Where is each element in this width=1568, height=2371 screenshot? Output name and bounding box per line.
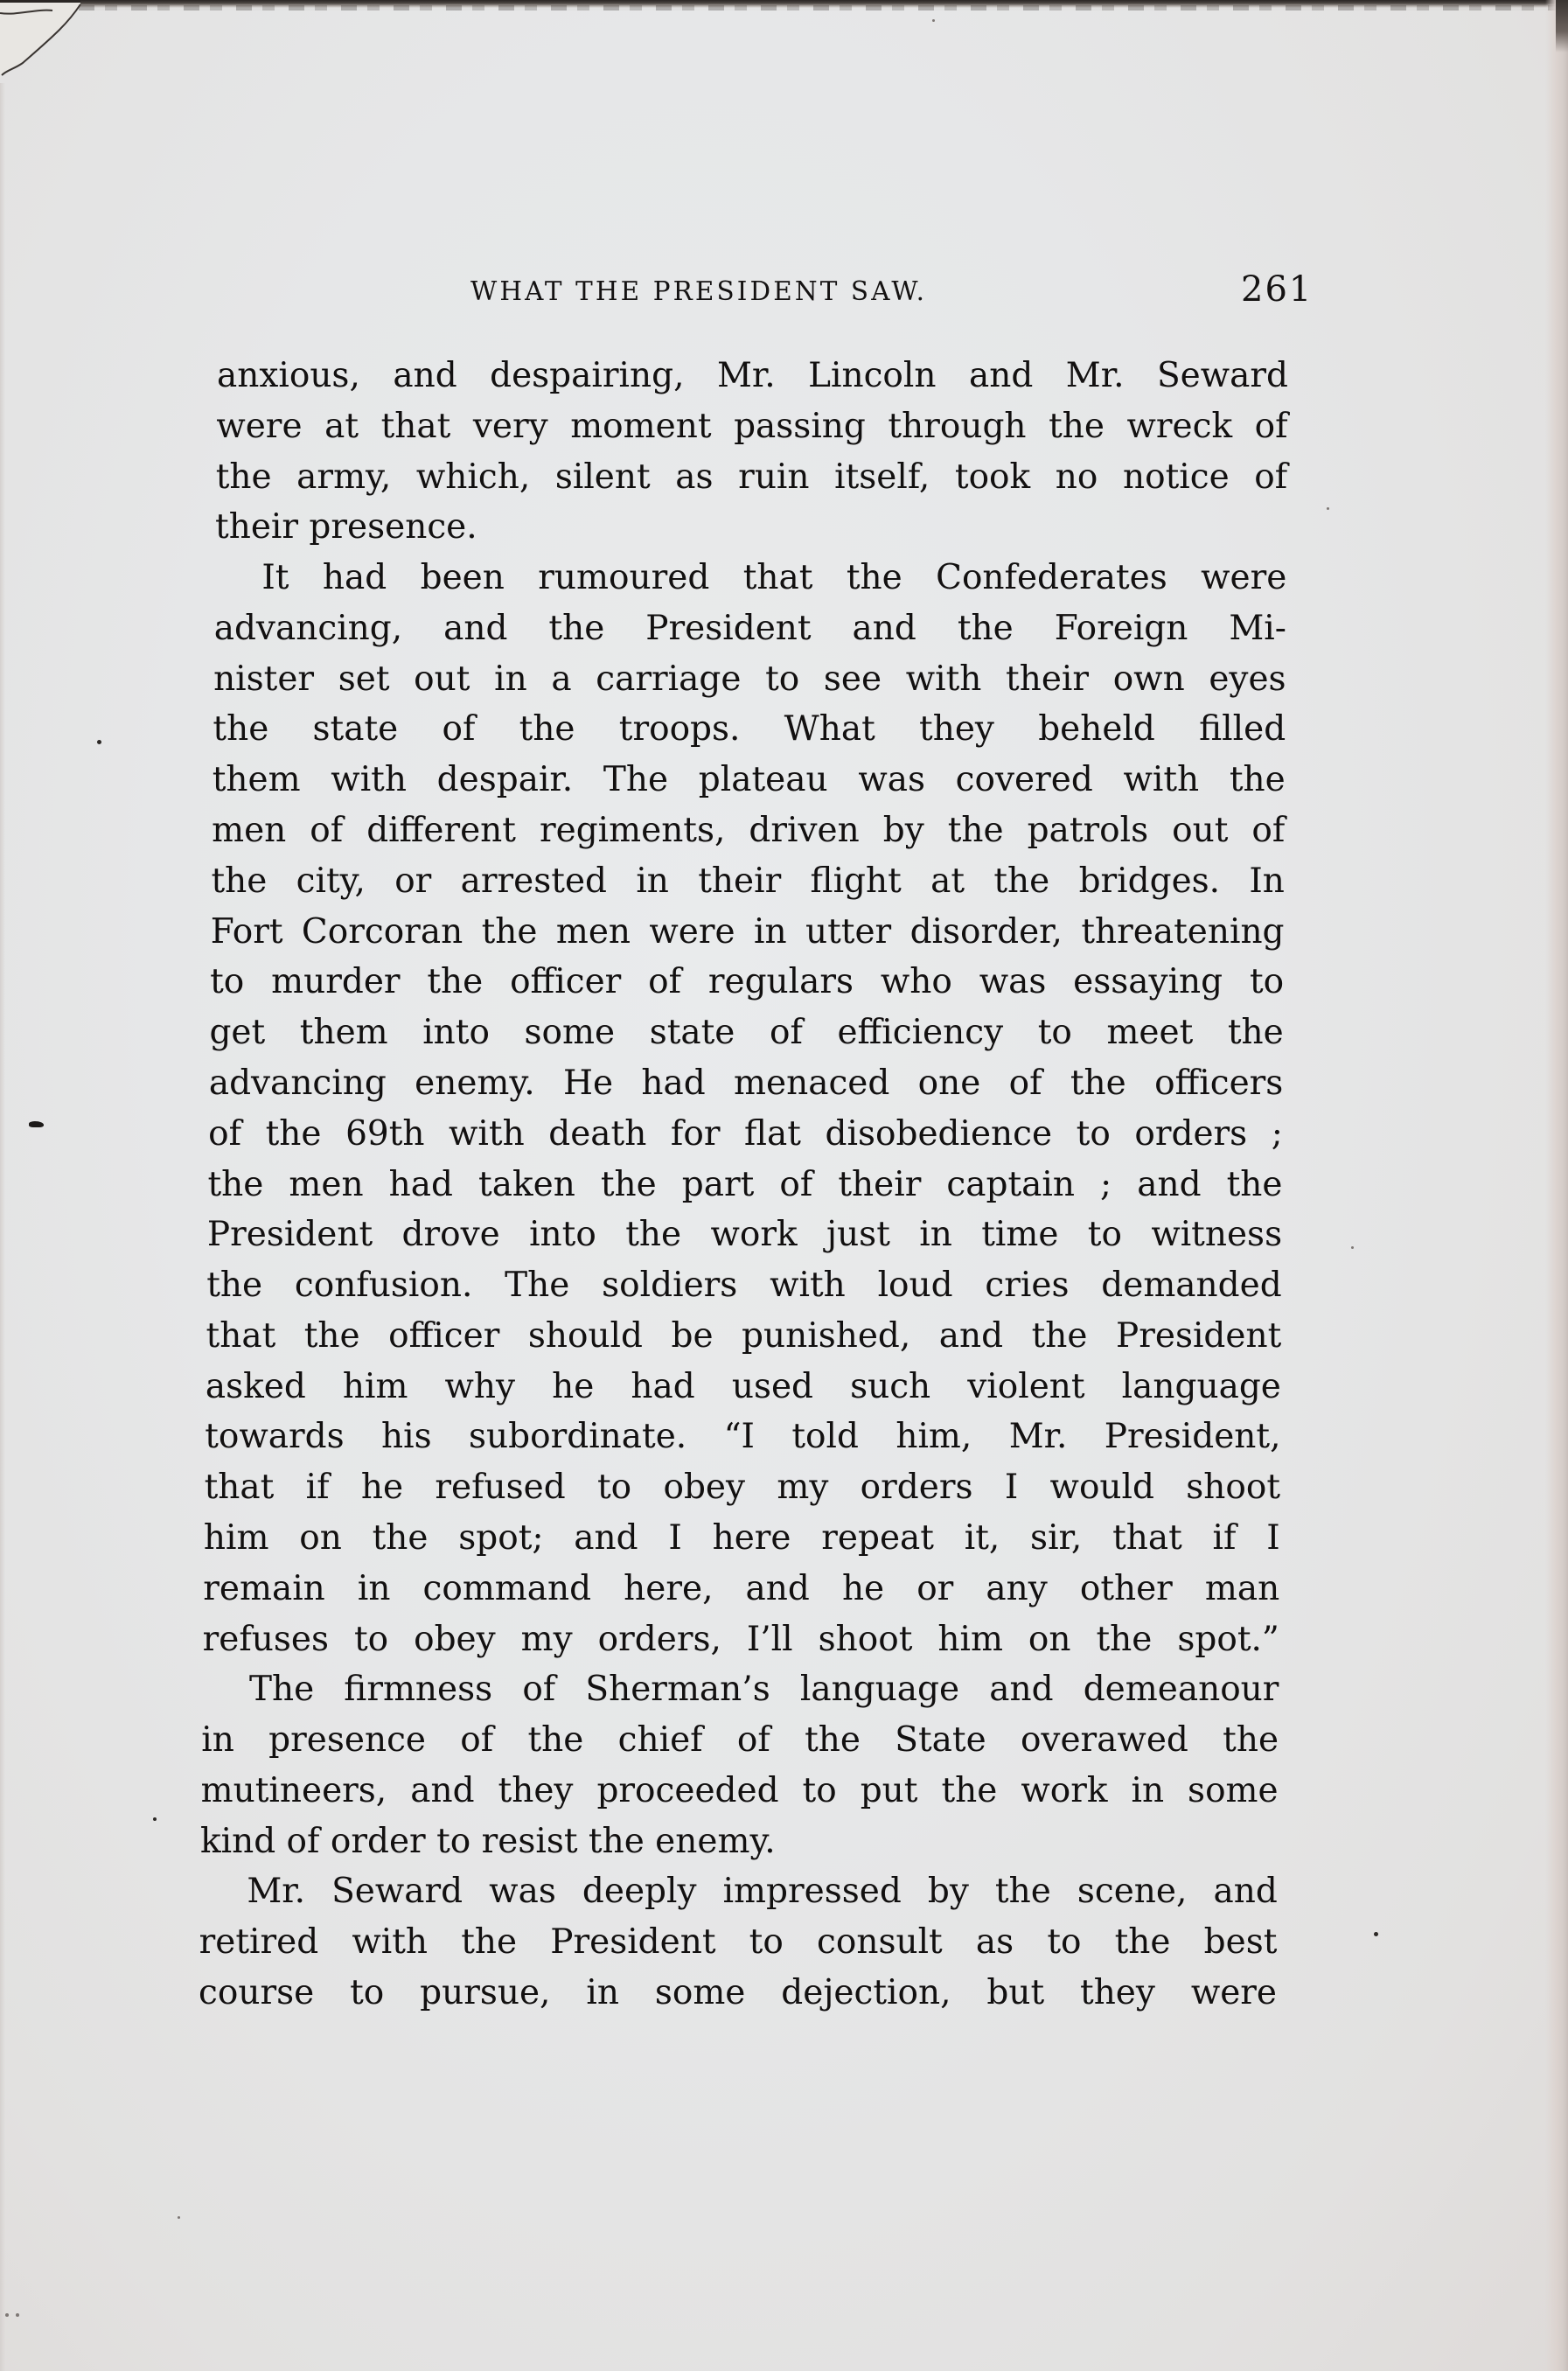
paragraph-first-line: The firmness of Sherman’s language and d…: [249, 1667, 1279, 1712]
text-line: asked him why he had used such violent l…: [206, 1364, 1281, 1410]
text-line: were at that very moment passing through…: [216, 404, 1287, 450]
text-line: Fort Corcoran the men were in utter diso…: [211, 910, 1285, 955]
text-line: in presence of the chief of the State ov…: [201, 1718, 1279, 1763]
text-line: their presence.: [215, 505, 477, 550]
paragraph-first-line: It had been rumoured that the Confederat…: [261, 555, 1286, 601]
text-line: that if he refused to obey my orders I w…: [205, 1465, 1281, 1510]
text-line: the army, which, silent as ruin itself, …: [216, 455, 1288, 500]
body-text: anxious, and despairing, Mr. Lincoln and…: [0, 0, 1568, 2371]
text-line: that the officer should be punished, and…: [206, 1314, 1282, 1359]
text-line: get them into some state of efficiency t…: [209, 1010, 1283, 1056]
text-line: kind of order to resist the enemy.: [200, 1819, 776, 1865]
text-line: advancing enemy. He had menaced one of t…: [209, 1061, 1284, 1106]
text-line: men of different regiments, driven by th…: [212, 808, 1285, 854]
text-line: anxious, and despairing, Mr. Lincoln and…: [217, 353, 1288, 399]
text-line: retired with the President to consult as…: [199, 1920, 1278, 1965]
book-page: WHAT THE PRESIDENT SAW. 261 anxious, and…: [0, 0, 1568, 2371]
text-line: mutineers, and they proceeded to put the…: [201, 1768, 1279, 1814]
text-line: them with despair. The plateau was cover…: [213, 757, 1286, 803]
text-line: towards his subordinate. “I told him, Mr…: [205, 1414, 1280, 1460]
paragraph-first-line: Mr. Seward was deeply impressed by the s…: [247, 1869, 1278, 1914]
text-line: remain in command here, and he or any ot…: [203, 1566, 1279, 1612]
text-line: nister set out in a carriage to see with…: [213, 657, 1286, 702]
text-line: the state of the troops. What they behel…: [213, 707, 1286, 752]
text-line: President drove into the work just in ti…: [207, 1212, 1282, 1258]
text-line: him on the spot; and I here repeat it, s…: [204, 1516, 1280, 1561]
text-line: course to pursue, in some dejection, but…: [199, 1970, 1277, 2016]
text-line: the confusion. The soldiers with loud cr…: [206, 1263, 1282, 1308]
text-line: refuses to obey my orders, I’ll shoot hi…: [203, 1617, 1279, 1663]
text-line: of the 69th with death for flat disobedi…: [208, 1112, 1283, 1157]
text-line: advancing, and the President and the For…: [214, 606, 1286, 652]
text-line: the city, or arrested in their flight at…: [211, 859, 1285, 904]
text-line: the men had taken the part of their capt…: [208, 1162, 1283, 1208]
text-line: to murder the officer of regulars who wa…: [210, 959, 1284, 1005]
